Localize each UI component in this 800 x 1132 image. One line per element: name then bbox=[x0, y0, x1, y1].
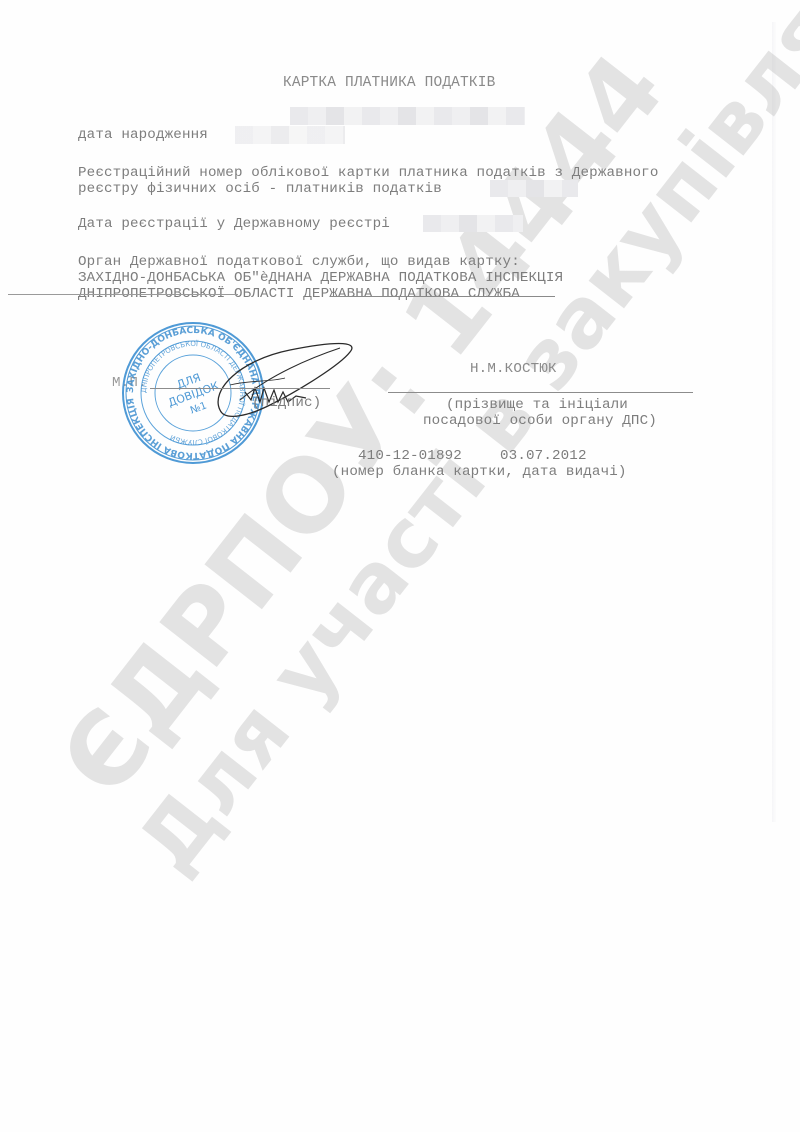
blank-caption: (номер бланка картки, дата видачі) bbox=[332, 463, 627, 481]
official-caption-line2: посадової особи органу ДПС) bbox=[423, 412, 657, 430]
scan-edge bbox=[772, 22, 776, 822]
strike-line-right bbox=[330, 296, 555, 297]
document-title: КАРТКА ПЛАТНИКА ПОДАТКІВ bbox=[283, 74, 495, 92]
birth-date-value-redacted bbox=[235, 126, 345, 144]
registration-number-label-line2: реєстру фізичних осіб - платників податк… bbox=[78, 180, 442, 198]
signature-line bbox=[150, 388, 330, 389]
registration-date-label: Дата реєстрації у Державному реєстрі bbox=[78, 215, 390, 233]
registration-number-value-redacted bbox=[490, 180, 578, 197]
redacted-block bbox=[290, 107, 525, 125]
registration-date-value-redacted bbox=[423, 215, 523, 232]
signature-caption: (підпис) bbox=[252, 394, 321, 412]
document-page: ЄДРПОУ: 14444 Для участі в закупівлях КА… bbox=[0, 0, 800, 1132]
official-name-line bbox=[388, 392, 693, 393]
birth-date-label: дата народження bbox=[78, 126, 208, 144]
official-name: Н.М.КОСТЮК bbox=[470, 360, 557, 378]
strike-line-left bbox=[8, 294, 238, 295]
